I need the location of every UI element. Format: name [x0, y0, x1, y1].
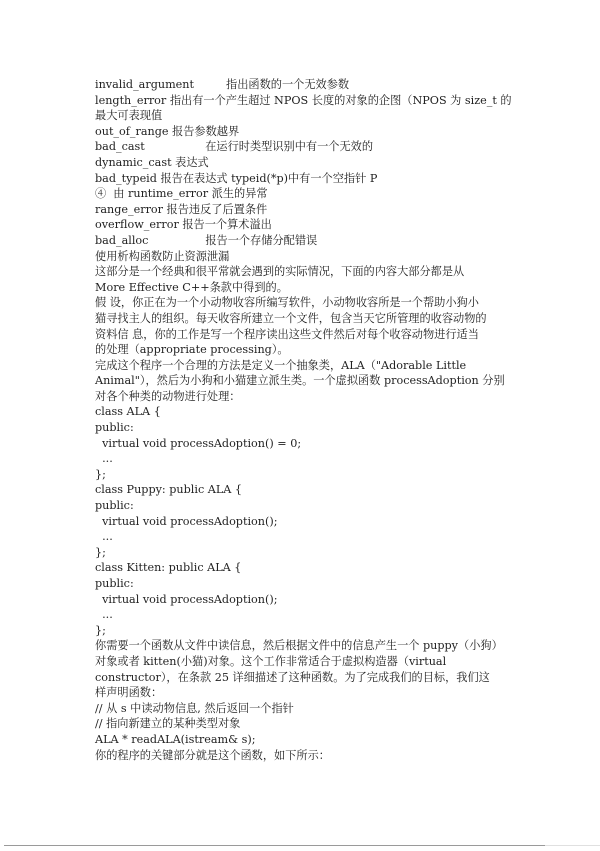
- code-line: public:: [95, 420, 525, 436]
- text-line-bad-alloc: bad_alloc 报告一个存储分配错误: [95, 233, 525, 249]
- code-line: public:: [95, 576, 525, 592]
- paragraph-scenario-line: 资料信 息，你的工作是写一个程序读出这些文件然后对每个收容动物进行适当: [95, 327, 525, 343]
- text-line-overflow-error: overflow_error 报告一个算术溢出: [95, 217, 525, 233]
- paragraph-scenario-line: 猫寻找主人的组织。每天收容所建立一个文件，包含当天它所管理的收容动物的: [95, 311, 525, 327]
- paragraph-approach-line: Animal"），然后为小狗和小猫建立派生类。一个虚拟函数 processAdo…: [95, 373, 525, 389]
- section-heading-destructors: 使用析构函数防止资源泄漏: [95, 249, 525, 265]
- paragraph-factory-line: 你需要一个函数从文件中读信息，然后根据文件中的信息产生一个 puppy（小狗）: [95, 638, 525, 654]
- code-line: class ALA {: [95, 404, 525, 420]
- page-bottom-rule: [4, 845, 596, 846]
- code-line: public:: [95, 498, 525, 514]
- paragraph-factory-line: 样声明函数：: [95, 685, 525, 701]
- code-line: };: [95, 545, 525, 561]
- text-line-length-error: length_error 指出有一个产生超过 NPOS 长度的对象的企图（NPO…: [95, 93, 525, 109]
- code-line: };: [95, 623, 525, 639]
- page-bottom-rule-tail: [545, 845, 600, 846]
- code-line: ALA * readALA(istream& s);: [95, 732, 525, 748]
- code-line: ...: [95, 607, 525, 623]
- paragraph-scenario-line: 的处理（appropriate processing）。: [95, 342, 525, 358]
- paragraph-approach-line: 完成这个程序一个合理的方法是定义一个抽象类，ALA（"Adorable Litt…: [95, 358, 525, 374]
- code-line: ...: [95, 529, 525, 545]
- code-line: virtual void processAdoption();: [95, 592, 525, 608]
- text-line-invalid-argument: invalid_argument 指出函数的一个无效参数: [95, 77, 525, 93]
- code-line: class Puppy: public ALA {: [95, 482, 525, 498]
- text-line-out-of-range: out_of_range 报告参数越界: [95, 124, 525, 140]
- paragraph-factory-line: constructor），在条款 25 详细描述了这种函数。为了完成我们的目标，…: [95, 670, 525, 686]
- code-line: virtual void processAdoption() = 0;: [95, 436, 525, 452]
- paragraph-intro-line: More Effective C++条款中得到的。: [95, 280, 525, 296]
- document-page: invalid_argument 指出函数的一个无效参数 length_erro…: [95, 77, 525, 763]
- paragraph-approach-line: 对各个种类的动物进行处理：: [95, 389, 525, 405]
- code-line: };: [95, 467, 525, 483]
- code-line: ...: [95, 451, 525, 467]
- section-heading-runtime-error: ④ 由 runtime_error 派生的异常: [95, 186, 525, 202]
- text-line-bad-cast: bad_cast 在运行时类型识别中有一个无效的: [95, 139, 525, 155]
- code-line: class Kitten: public ALA {: [95, 560, 525, 576]
- text-line-length-error-cont: 最大可表现值: [95, 108, 525, 124]
- code-comment-line: // 从 s 中读动物信息, 然后返回一个指针: [95, 701, 525, 717]
- paragraph-scenario-line: 假 设，你正在为一个小动物收容所编写软件，小动物收容所是一个帮助小狗小: [95, 295, 525, 311]
- paragraph-intro-line: 这部分是一个经典和很平常就会遇到的实际情况，下面的内容大部分都是从: [95, 264, 525, 280]
- text-line-bad-cast-cont: dynamic_cast 表达式: [95, 155, 525, 171]
- code-comment-line: // 指向新建立的某种类型对象: [95, 716, 525, 732]
- text-line-bad-typeid: bad_typeid 报告在表达式 typeid(*p)中有一个空指针 P: [95, 171, 525, 187]
- code-line: virtual void processAdoption();: [95, 514, 525, 530]
- text-line-range-error: range_error 报告违反了后置条件: [95, 202, 525, 218]
- paragraph-closing-line: 你的程序的关键部分就是这个函数，如下所示：: [95, 748, 525, 764]
- paragraph-factory-line: 对象或者 kitten(小猫)对象。这个工作非常适合于虚拟构造器（virtual: [95, 654, 525, 670]
